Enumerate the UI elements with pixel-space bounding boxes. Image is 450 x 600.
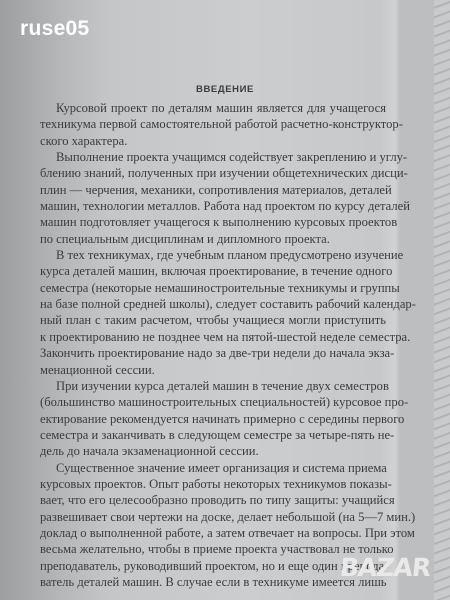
paragraph-1: Курсовой проект по деталям машин являетс… xyxy=(40,100,386,149)
text-line: При изучении курса деталей машин в течен… xyxy=(40,378,386,394)
text-line: ный план с таким расчетом, чтобы учащиес… xyxy=(40,312,386,328)
paragraph-2: Выполнение проекта учащимся содействует … xyxy=(40,149,386,247)
seller-watermark: ruse05 xyxy=(20,17,90,41)
text-line: на базе полной средней школы), следует с… xyxy=(40,296,386,312)
text-line: менационной сессии. xyxy=(40,362,386,378)
text-line: ского характера. xyxy=(40,133,386,149)
text-line: семестра и заканчивать в следующем семес… xyxy=(40,427,386,443)
paragraph-3: В тех техникумах, где учебным планом пре… xyxy=(40,247,386,378)
bazar-logo-watermark: BAZAR xyxy=(338,553,431,582)
paragraph-5: Существенное значение имеет организация … xyxy=(40,460,386,591)
text-line: развешивает свои чертежи на доске, делае… xyxy=(40,509,386,525)
text-line: ватель деталей машин. В случае если в те… xyxy=(40,574,386,590)
text-line: Закончить проектирование надо за две-три… xyxy=(40,345,386,361)
text-line: В тех техникумах, где учебным планом пре… xyxy=(40,247,386,263)
text-line: дель до начала экзаменационной сессии. xyxy=(40,443,386,459)
text-line: доклад о выполненной работе, а затем отв… xyxy=(40,525,386,541)
text-line: вает, что его целесообразно проводить по… xyxy=(40,492,386,508)
document-body: Курсовой проект по деталям машин являетс… xyxy=(40,100,386,590)
text-line: машин, технологии металлов. Работа над п… xyxy=(40,198,386,214)
text-line: весьма желательно, чтобы в приеме проект… xyxy=(40,541,386,557)
text-line: Выполнение проекта учащимся содействует … xyxy=(40,149,386,165)
text-line: по специальным дисциплинам и дипломного … xyxy=(40,231,386,247)
text-line: курса деталей машин, включая проектирова… xyxy=(40,263,386,279)
text-line: плин — черчения, механики, сопротивления… xyxy=(40,182,386,198)
text-line: машин подготовляет учащегося к выполнени… xyxy=(40,214,386,230)
text-line: блению знаний, полученных при изучении о… xyxy=(40,165,386,181)
text-line: ектирование рекомендуется начинать приме… xyxy=(40,411,386,427)
text-line: семестра (некоторые немашиностроительные… xyxy=(40,280,386,296)
text-line: (большинство машиностроительных специаль… xyxy=(40,394,386,410)
page-title: ВВЕДЕНИЕ xyxy=(0,84,450,95)
text-line: преподаватель, руководивший проектом, но… xyxy=(40,558,386,574)
text-line: к проектированию не позднее чем на пятой… xyxy=(40,329,386,345)
text-line: Существенное значение имеет организация … xyxy=(40,460,386,476)
text-line: курсовых проектов. Опыт работы некоторых… xyxy=(40,476,386,492)
text-line: техникума первой самостоятельной работой… xyxy=(40,116,386,132)
paragraph-4: При изучении курса деталей машин в течен… xyxy=(40,378,386,460)
text-line: Курсовой проект по деталям машин являетс… xyxy=(40,100,386,116)
